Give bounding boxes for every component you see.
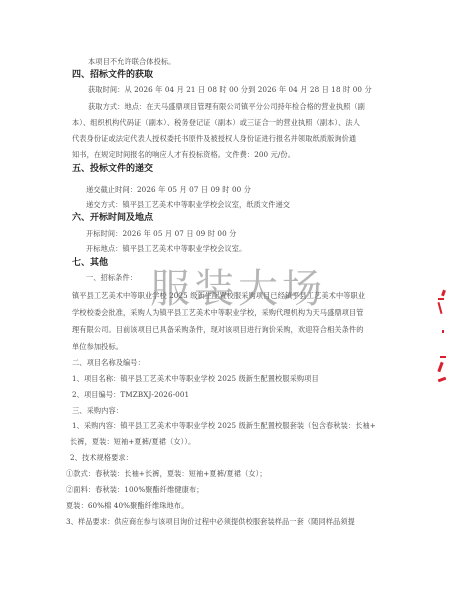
text-line: 1、项目名称：镇平县工艺美术中等职业学校 2025 级新生配置校服采购项目 xyxy=(72,374,319,383)
text-line: 获取时间：从 2026 年 04 月 21 日 08 时 00 分到 2026 … xyxy=(88,85,372,94)
text-line: 理有限公司。目前该项目已具备采购条件，现对该项目进行询价采购，欢迎符合相关条件的 xyxy=(72,325,364,334)
text-line: 本）、组织机构代码证（副本）、税务登记证（副本）或三证合一的营业执照（副本）、法… xyxy=(72,118,360,127)
text-line: 2、项目编号：TMZBXJ-2026-001 xyxy=(72,390,189,399)
text-line: 3、样品要求：供应商在参与该项目询价过程中必须提供校服套装样品一套（随同样品须提 xyxy=(66,517,355,526)
text-line: ②面料：春秋装：100%聚酯纤维健康布； xyxy=(66,485,204,494)
text-line: 2、技术规格要求： xyxy=(70,453,133,462)
text-line: 三、采购内容： xyxy=(72,406,123,415)
red-seal-stamp-fragment xyxy=(432,290,450,390)
section-heading-7: 七、其他 xyxy=(72,258,108,269)
text-line: 代表身份证或法定代表人授权委托书原件及被授权人身份证进行报名并领取纸质版询价通 xyxy=(72,134,356,143)
text-line: 知书，在规定时间报名的响应人才有投标资格。文件费：200 元/份。 xyxy=(72,150,295,159)
section-heading-6: 六、开标时间及地点 xyxy=(72,213,153,224)
text-line: 开标地点：镇平县工艺美术中等职业学校会议室。 xyxy=(86,244,246,253)
section-heading-4: 四、招标文件的获取 xyxy=(72,70,153,81)
watermark-text: 服装大场 xyxy=(150,265,326,313)
section-heading-5: 五、投标文件的递交 xyxy=(72,164,153,175)
text-line: 本项目不允许联合体投标。 xyxy=(88,57,175,66)
text-line: 递交方式：镇平县工艺美术中等职业学校会议室，纸质文件递交 xyxy=(86,200,290,209)
text-line: 二、项目名称及编号： xyxy=(72,358,145,367)
text-line: 夏装：60%棉 40%聚酯纤维珠地布。 xyxy=(66,501,188,510)
text-line: 获取方式：地点：在天马盛鼎项目管理有限公司镇平分公司持年检合格的营业执照（副 xyxy=(88,102,365,111)
text-line: 1、采购内容：镇平县工艺美术中等职业学校 2025 级新生配置校服套装（包含春秋… xyxy=(72,421,376,430)
document-page: 本项目不允许联合体投标。 四、招标文件的获取 获取时间：从 2026 年 04 … xyxy=(0,0,450,600)
text-line: 长裤，夏装：短袖+夏裤/夏裙（女））。 xyxy=(70,437,195,446)
text-line: 递交截止时间：2026 年 05 月 07 日 09 时 00 分 xyxy=(86,185,251,194)
text-line: 一、招标条件： xyxy=(86,273,137,282)
text-line: ①款式：春秋装：长袖+长裤，夏装：短袖+夏裤/夏裙（女）； xyxy=(66,469,267,478)
text-line: 开标时间：2026 年 05 月 07 日 09 时 00 分 xyxy=(86,229,236,238)
text-line: 单位参加投标。 xyxy=(72,342,123,351)
